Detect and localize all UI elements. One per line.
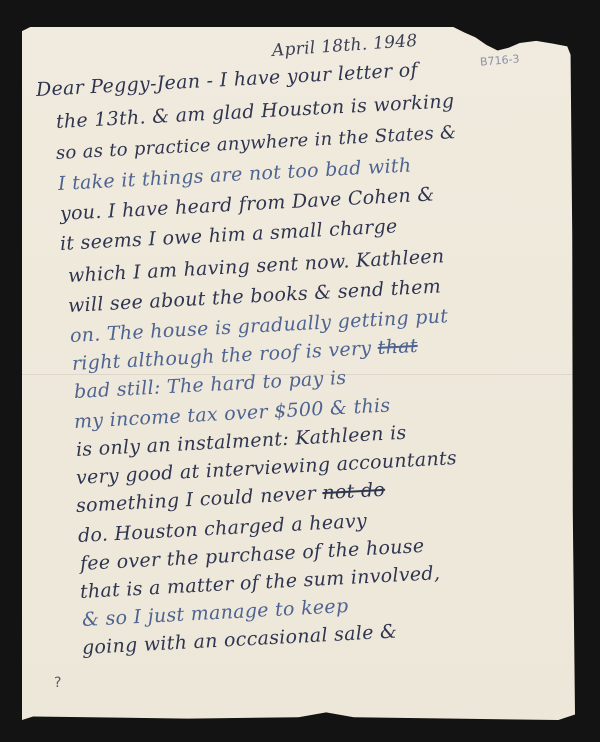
margin-question-mark: ? <box>54 675 61 691</box>
struck-word: not do <box>322 479 386 504</box>
letter-line-15-text: something I could never <box>75 482 316 517</box>
archive-reference-mark: B716-3 <box>480 52 520 68</box>
letter-date: April 18th. 1948 <box>271 31 418 61</box>
struck-word: that <box>377 335 418 359</box>
letter-page: April 18th. 1948 B716-3 Dear Peggy-Jean … <box>22 27 575 720</box>
